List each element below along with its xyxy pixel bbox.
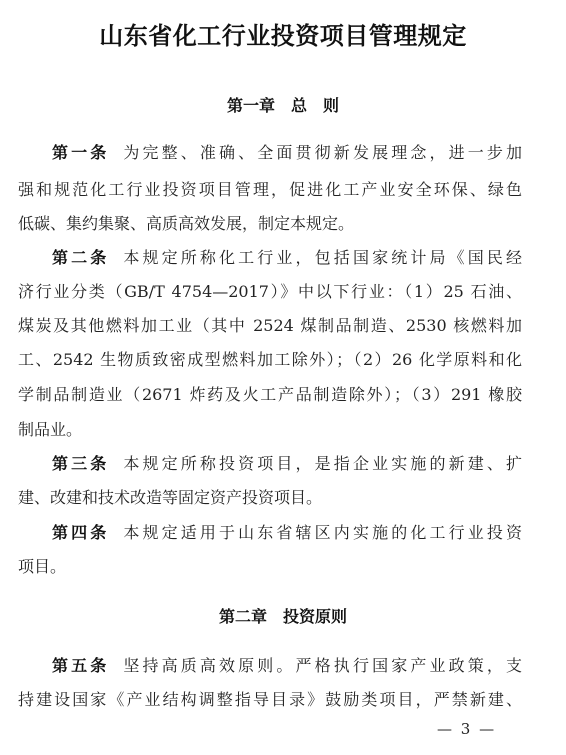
page-number: — 3 — xyxy=(437,720,496,738)
article-4-line-1: 第四条本规定适用于山东省辖区内实施的化工行业投资 xyxy=(52,523,522,543)
article-label: 第二条 xyxy=(52,248,109,267)
article-3-line-1: 第三条本规定所称投资项目，是指企业实施的新建、扩 xyxy=(52,454,522,474)
article-1-line-3: 低碳、集约集聚、高质高效发展，制定本规定。 xyxy=(18,214,522,234)
article-label: 第五条 xyxy=(52,656,109,675)
article-2-line-1: 第二条本规定所称化工行业，包括国家统计局《国民经 xyxy=(52,248,522,268)
article-label: 第三条 xyxy=(52,454,109,473)
article-5-line-1: 第五条坚持高质高效原则。严格执行国家产业政策，支 xyxy=(52,656,522,676)
article-2-line-4: 工、2542 生物质致密成型燃料加工除外）；（2）26 化学原料和化 xyxy=(18,350,522,370)
article-2-line-2: 济行业分类（GB/T 4754—2017）》中以下行业：（1）25 石油、 xyxy=(18,282,522,302)
article-label: 第一条 xyxy=(52,143,109,162)
article-3-line-2: 建、改建和技术改造等固定资产投资项目。 xyxy=(18,488,522,508)
article-2-line-6: 制品业。 xyxy=(18,420,522,440)
chapter-heading-2: 第二章 投资原则 xyxy=(0,604,566,627)
article-label: 第四条 xyxy=(52,523,109,542)
article-2-line-5: 学制品制造业（2671 炸药及火工产品制造除外）；（3）291 橡胶 xyxy=(18,385,522,405)
article-4-line-2: 项目。 xyxy=(18,557,522,577)
article-1-line-1: 第一条为完整、准确、全面贯彻新发展理念，进一步加 xyxy=(52,143,522,163)
document-title: 山东省化工行业投资项目管理规定 xyxy=(0,16,566,51)
article-5-line-2: 持建设国家《产业结构调整指导目录》鼓励类项目，严禁新建、 xyxy=(18,690,522,710)
chapter-heading-1: 第一章 总 则 xyxy=(0,93,566,116)
article-1-line-2: 强和规范化工行业投资项目管理，促进化工产业安全环保、绿色 xyxy=(18,180,522,200)
article-2-line-3: 煤炭及其他燃料加工业（其中 2524 煤制品制造、2530 核燃料加 xyxy=(18,316,522,336)
